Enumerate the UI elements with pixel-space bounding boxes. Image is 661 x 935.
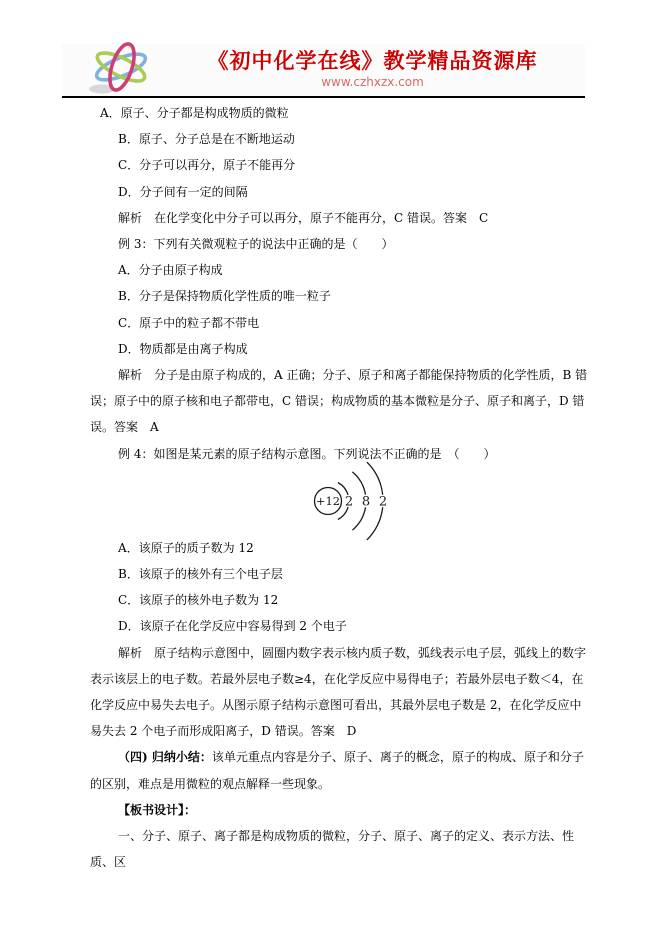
- electron-shell-arc: [367, 507, 383, 540]
- option-line-a: A．原子、分子都是构成物质的微粒: [90, 100, 590, 126]
- option-line-c: C．原子中的粒子都不带电: [90, 310, 590, 336]
- nucleus-label: +12: [316, 494, 340, 508]
- option-line-b: B．该原子的核外有三个电子层: [90, 561, 590, 587]
- atomic-structure-diagram: +12 2 8 2: [90, 467, 590, 535]
- board-design-heading: 【板书设计】：: [90, 797, 590, 823]
- example-3-heading: 例 3：下列有关微观粒子的说法中正确的是（ ）: [90, 231, 590, 257]
- option-line-b: B．原子、分子总是在不断地运动: [90, 126, 590, 152]
- summary-label: （四) 归纳小结：: [118, 750, 212, 764]
- site-header: 《初中化学在线》教学精品资源库 www.czhxzx.com: [62, 44, 585, 96]
- electron-shell-arc: [367, 462, 383, 495]
- electron-shell-arc: [352, 472, 365, 495]
- header-text: 《初中化学在线》教学精品资源库 www.czhxzx.com: [160, 50, 585, 89]
- summary-paragraph: （四) 归纳小结：该单元重点内容是分子、原子、离子的概念，原子的构成、原子和分子…: [90, 744, 590, 796]
- option-line-c: C．分子可以再分，原子不能再分: [90, 152, 590, 178]
- atom-logo-icon: [82, 40, 160, 100]
- option-line-a: A．分子由原子构成: [90, 257, 590, 283]
- shell-electron-count: 8: [362, 494, 370, 509]
- option-line-d: D．该原子在化学反应中容易得到 2 个电子: [90, 613, 590, 639]
- site-title: 《初中化学在线》教学精品资源库: [160, 50, 585, 73]
- analysis-line: 解析 在化学变化中分子可以再分，原子不能再分，C 错误。答案 C: [90, 205, 590, 231]
- option-line-b: B．分子是保持物质化学性质的唯一粒子: [90, 283, 590, 309]
- shell-electron-count: 2: [345, 494, 353, 509]
- document-page: 《初中化学在线》教学精品资源库 www.czhxzx.com A．原子、分子都是…: [0, 0, 661, 935]
- option-line-c: C．该原子的核外电子数为 12: [90, 587, 590, 613]
- option-line-d: D．分子间有一定的间隔: [90, 179, 590, 205]
- electron-shell-arc: [352, 507, 365, 530]
- board-design-line: 一、分子、原子、离子都是构成物质的微粒，分子、原子、离子的定义、表示方法、性质、…: [90, 823, 590, 875]
- analysis-paragraph: 解析 原子结构示意图中，圆圈内数字表示核内质子数，弧线表示电子层，弧线上的数字表…: [90, 640, 590, 745]
- option-line-d: D．物质都是由离子构成: [90, 336, 590, 362]
- analysis-paragraph: 解析 分子是由原子构成的，A 正确；分子、原子和离子都能保持物质的化学性质，B …: [90, 362, 590, 441]
- shell-electron-count: 2: [379, 494, 387, 509]
- document-body: A．原子、分子都是构成物质的微粒 B．原子、分子总是在不断地运动 C．分子可以再…: [90, 100, 590, 875]
- site-url: www.czhxzx.com: [160, 76, 585, 89]
